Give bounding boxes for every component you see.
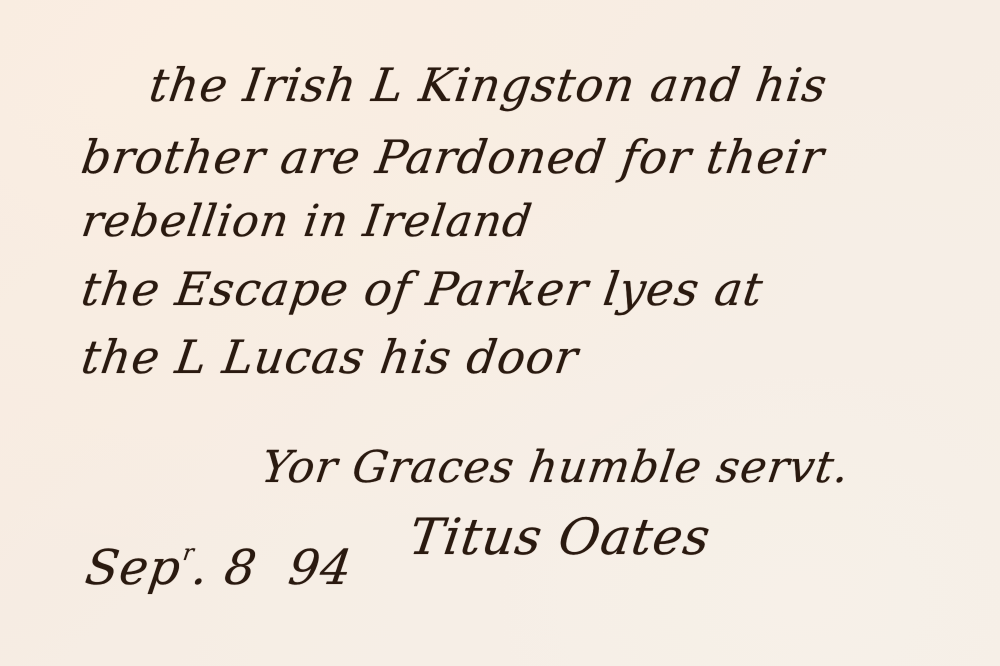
body-line-5: the L Lucas his door bbox=[78, 330, 582, 384]
body-line-2: brother are Pardoned for their bbox=[78, 130, 828, 184]
manuscript-page: the Irish L Kingston and his brother are… bbox=[0, 0, 1000, 666]
body-line-1: the Irish L Kingston and his bbox=[146, 58, 831, 112]
signature: Titus Oates bbox=[406, 508, 714, 566]
closing-salutation: Yor Graces humble servt. bbox=[258, 442, 852, 493]
body-line-3: rebellion in Ireland bbox=[78, 196, 535, 247]
date-year: 94 bbox=[285, 540, 356, 596]
date: Sepr. 8 94 bbox=[82, 540, 356, 596]
date-month: Sep bbox=[82, 540, 185, 596]
body-line-4: the Escape of Parker lyes at bbox=[78, 262, 767, 316]
